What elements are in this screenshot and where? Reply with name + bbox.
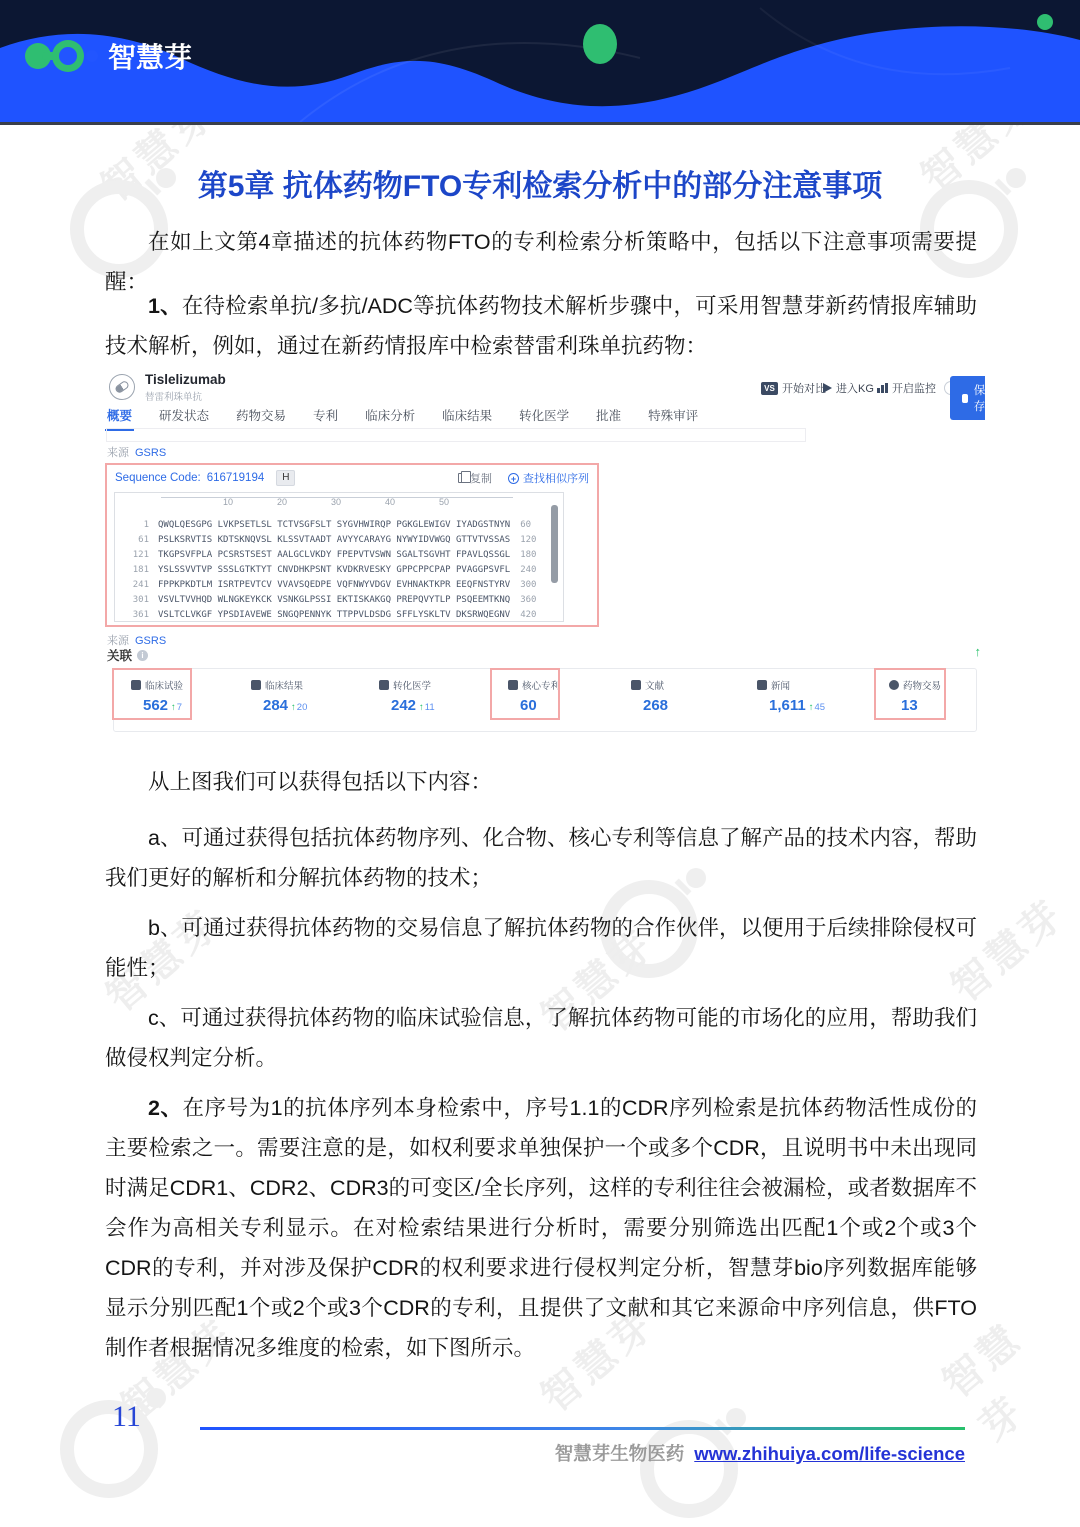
save-icon [962, 394, 968, 403]
tab-overview[interactable]: 概要 [107, 406, 132, 424]
plus-circle-icon: + [508, 473, 519, 484]
brand-logo-text: 智慧芽 [108, 42, 192, 73]
sequence-code-label: Sequence Code: [115, 472, 201, 484]
relations-panel: 临床试验 562↑7 临床结果 284↑20 转化医学 242↑11 核心专利 … [113, 668, 977, 732]
tab-clinical-results[interactable]: 临床结果 [442, 406, 492, 424]
tab-special-review[interactable]: 特殊审评 [648, 406, 698, 424]
banner-waves: 智慧芽 [0, 0, 1080, 125]
tab-clinical-analysis[interactable]: 临床分析 [365, 406, 415, 424]
drug-subtitle: 替雷利珠单抗 [145, 389, 202, 403]
card-news[interactable]: 新闻 1,611↑45 [757, 678, 825, 714]
footer-url-link[interactable]: www.zhihuiya.com/life-science [694, 1443, 965, 1464]
find-similar-button[interactable]: + 查找相似序列 [508, 470, 589, 486]
footer-brand: 智慧芽生物医药 [555, 1443, 685, 1464]
sequence-scrollbar[interactable] [551, 505, 558, 583]
enter-kg-button[interactable]: 进入KG [823, 380, 874, 396]
sequence-row: 241FPPKPKDTLM ISRTPEVTCV VVAVSQEDPE VQFN… [115, 577, 563, 592]
annotation-box-clinical-trials [112, 668, 192, 720]
footer-divider [200, 1427, 965, 1430]
sequence-row: 301VSVLTVVHQD WLNGKEYKCK VSNKGLPSSI EKTI… [115, 592, 563, 607]
tab-patents[interactable]: 专利 [313, 406, 338, 424]
collapsed-panel [106, 428, 806, 442]
tab-rd-status[interactable]: 研发状态 [159, 406, 209, 424]
green-dot [583, 24, 617, 64]
monitor-chart-icon [877, 383, 888, 393]
paragraph-1: 1、在待检索单抗/多抗/ADC等抗体药物技术解析步骤中，可采用智慧芽新药情报库辅… [105, 286, 977, 366]
sequence-row: 1QWQLQESGPG LVKPSETLSL TCTVSGFSLT SYGVHW… [115, 517, 563, 532]
paragraph-from-figure: 从上图我们可以获得包括以下内容： [105, 762, 977, 802]
vs-icon: VS [761, 382, 778, 395]
tab-translational-medicine[interactable]: 转化医学 [519, 406, 569, 424]
paragraph-item-c: c、可通过获得抗体药物的临床试验信息，了解抗体药物可能的市场化的应用，帮助我们做… [105, 998, 977, 1078]
sequence-row: 121TKGPSVFPLA PCSRSTSEST AALGCLVKDY FPEP… [115, 547, 563, 562]
news-icon [757, 680, 767, 690]
page-number: 11 [112, 1400, 141, 1434]
source-link-gsrs[interactable]: GSRS [135, 447, 166, 459]
card-translational-medicine[interactable]: 转化医学 242↑11 [379, 678, 435, 714]
paragraph-1-number: 1、 [148, 294, 182, 318]
sequence-code-value: 616719194 [207, 472, 265, 484]
chain-h-badge[interactable]: H [276, 470, 295, 486]
save-button[interactable]: 保存 [950, 376, 985, 420]
collapse-up-arrow[interactable]: ↑ [975, 644, 982, 659]
sequence-viewer: 10 20 30 40 50 1QWQLQESGPG LVKPSETLSL TC… [114, 492, 564, 622]
drug-detail-tabs: 概要 研发状态 药物交易 专利 临床分析 临床结果 转化医学 批准 特殊审评 [107, 406, 698, 424]
kg-arrow-icon [823, 383, 832, 393]
drug-icon [109, 374, 135, 400]
tab-approval[interactable]: 批准 [596, 406, 621, 424]
sequence-row: 61PSLKSRVTIS KDTSKNQVSL KLSSVTAADT AVYYC… [115, 532, 563, 547]
card-literature[interactable]: 文献 268 [631, 678, 668, 714]
watermark-molecule-icon [60, 1400, 158, 1498]
compare-button[interactable]: VS 开始对比 [761, 380, 826, 396]
ruler-line [161, 497, 513, 498]
literature-icon [631, 680, 641, 690]
paragraph-item-b: b、可通过获得抗体药物的交易信息了解抗体药物的合作伙伴，以便用于后续排除侵权可能… [105, 908, 977, 988]
copy-button[interactable]: 复制 [458, 470, 492, 486]
document-page: 智慧芽 智慧芽 智慧芽 智慧芽 智慧芽 智慧芽 智慧芽 智慧芽 智慧芽 [0, 0, 1080, 1527]
footer-brand-row: 智慧芽生物医药www.zhihuiya.com/life-science [555, 1440, 965, 1466]
clinical-results-icon [251, 680, 261, 690]
paragraph-item-a: a、可通过获得包括抗体药物序列、化合物、核心专利等信息了解产品的技术内容，帮助我… [105, 818, 977, 898]
annotation-box-drug-deals [874, 668, 946, 720]
translational-medicine-icon [379, 680, 389, 690]
chapter-title: 第5章 抗体药物FTO专利检索分析中的部分注意事项 [0, 161, 1080, 205]
paragraph-2-number: 2、 [148, 1096, 183, 1120]
drug-name: Tislelizumab [145, 372, 226, 387]
paragraph-2: 2、在序号为1的抗体序列本身检索中，序号1.1的CDR序列检索是抗体药物活性成份… [105, 1088, 977, 1368]
sequence-header: Sequence Code: 616719194 H 复制 + 查找相似序列 [107, 465, 597, 491]
paragraph-1-text: 在待检索单抗/多抗/ADC等抗体药物技术解析步骤中，可采用智慧芽新药情报库辅助技… [105, 294, 977, 358]
relations-title: 关联 i [107, 646, 148, 664]
sequence-rows: 1QWQLQESGPG LVKPSETLSL TCTVSGFSLT SYGVHW… [115, 517, 563, 622]
copy-icon [458, 473, 466, 483]
watermark-molecule-icon [640, 1420, 738, 1518]
source-row: 来源GSRS [107, 444, 166, 460]
paragraph-2-text: 在序号为1的抗体序列本身检索中，序号1.1的CDR序列检索是抗体药物活性成份的主… [105, 1096, 977, 1360]
card-clinical-results[interactable]: 临床结果 284↑20 [251, 678, 307, 714]
tab-drug-deals[interactable]: 药物交易 [236, 406, 286, 424]
green-dot-small [1037, 14, 1053, 30]
app-screenshot: Tislelizumab 替雷利珠单抗 VS 开始对比 进入KG 开启监控 保存… [105, 368, 985, 742]
info-icon[interactable]: i [137, 650, 148, 661]
annotation-box-core-patents [490, 668, 560, 720]
brand-banner: 智慧芽 [0, 0, 1080, 125]
sequence-row: 361VSLTCLVKGF YPSDIAVEWE SNGQPENNYK TTPP… [115, 607, 563, 622]
sequence-row: 181YSLSSVVTVP SSSLGTKTYT CNVDHKPSNT KVDK… [115, 562, 563, 577]
sequence-annotation-box: Sequence Code: 616719194 H 复制 + 查找相似序列 1… [105, 463, 599, 627]
